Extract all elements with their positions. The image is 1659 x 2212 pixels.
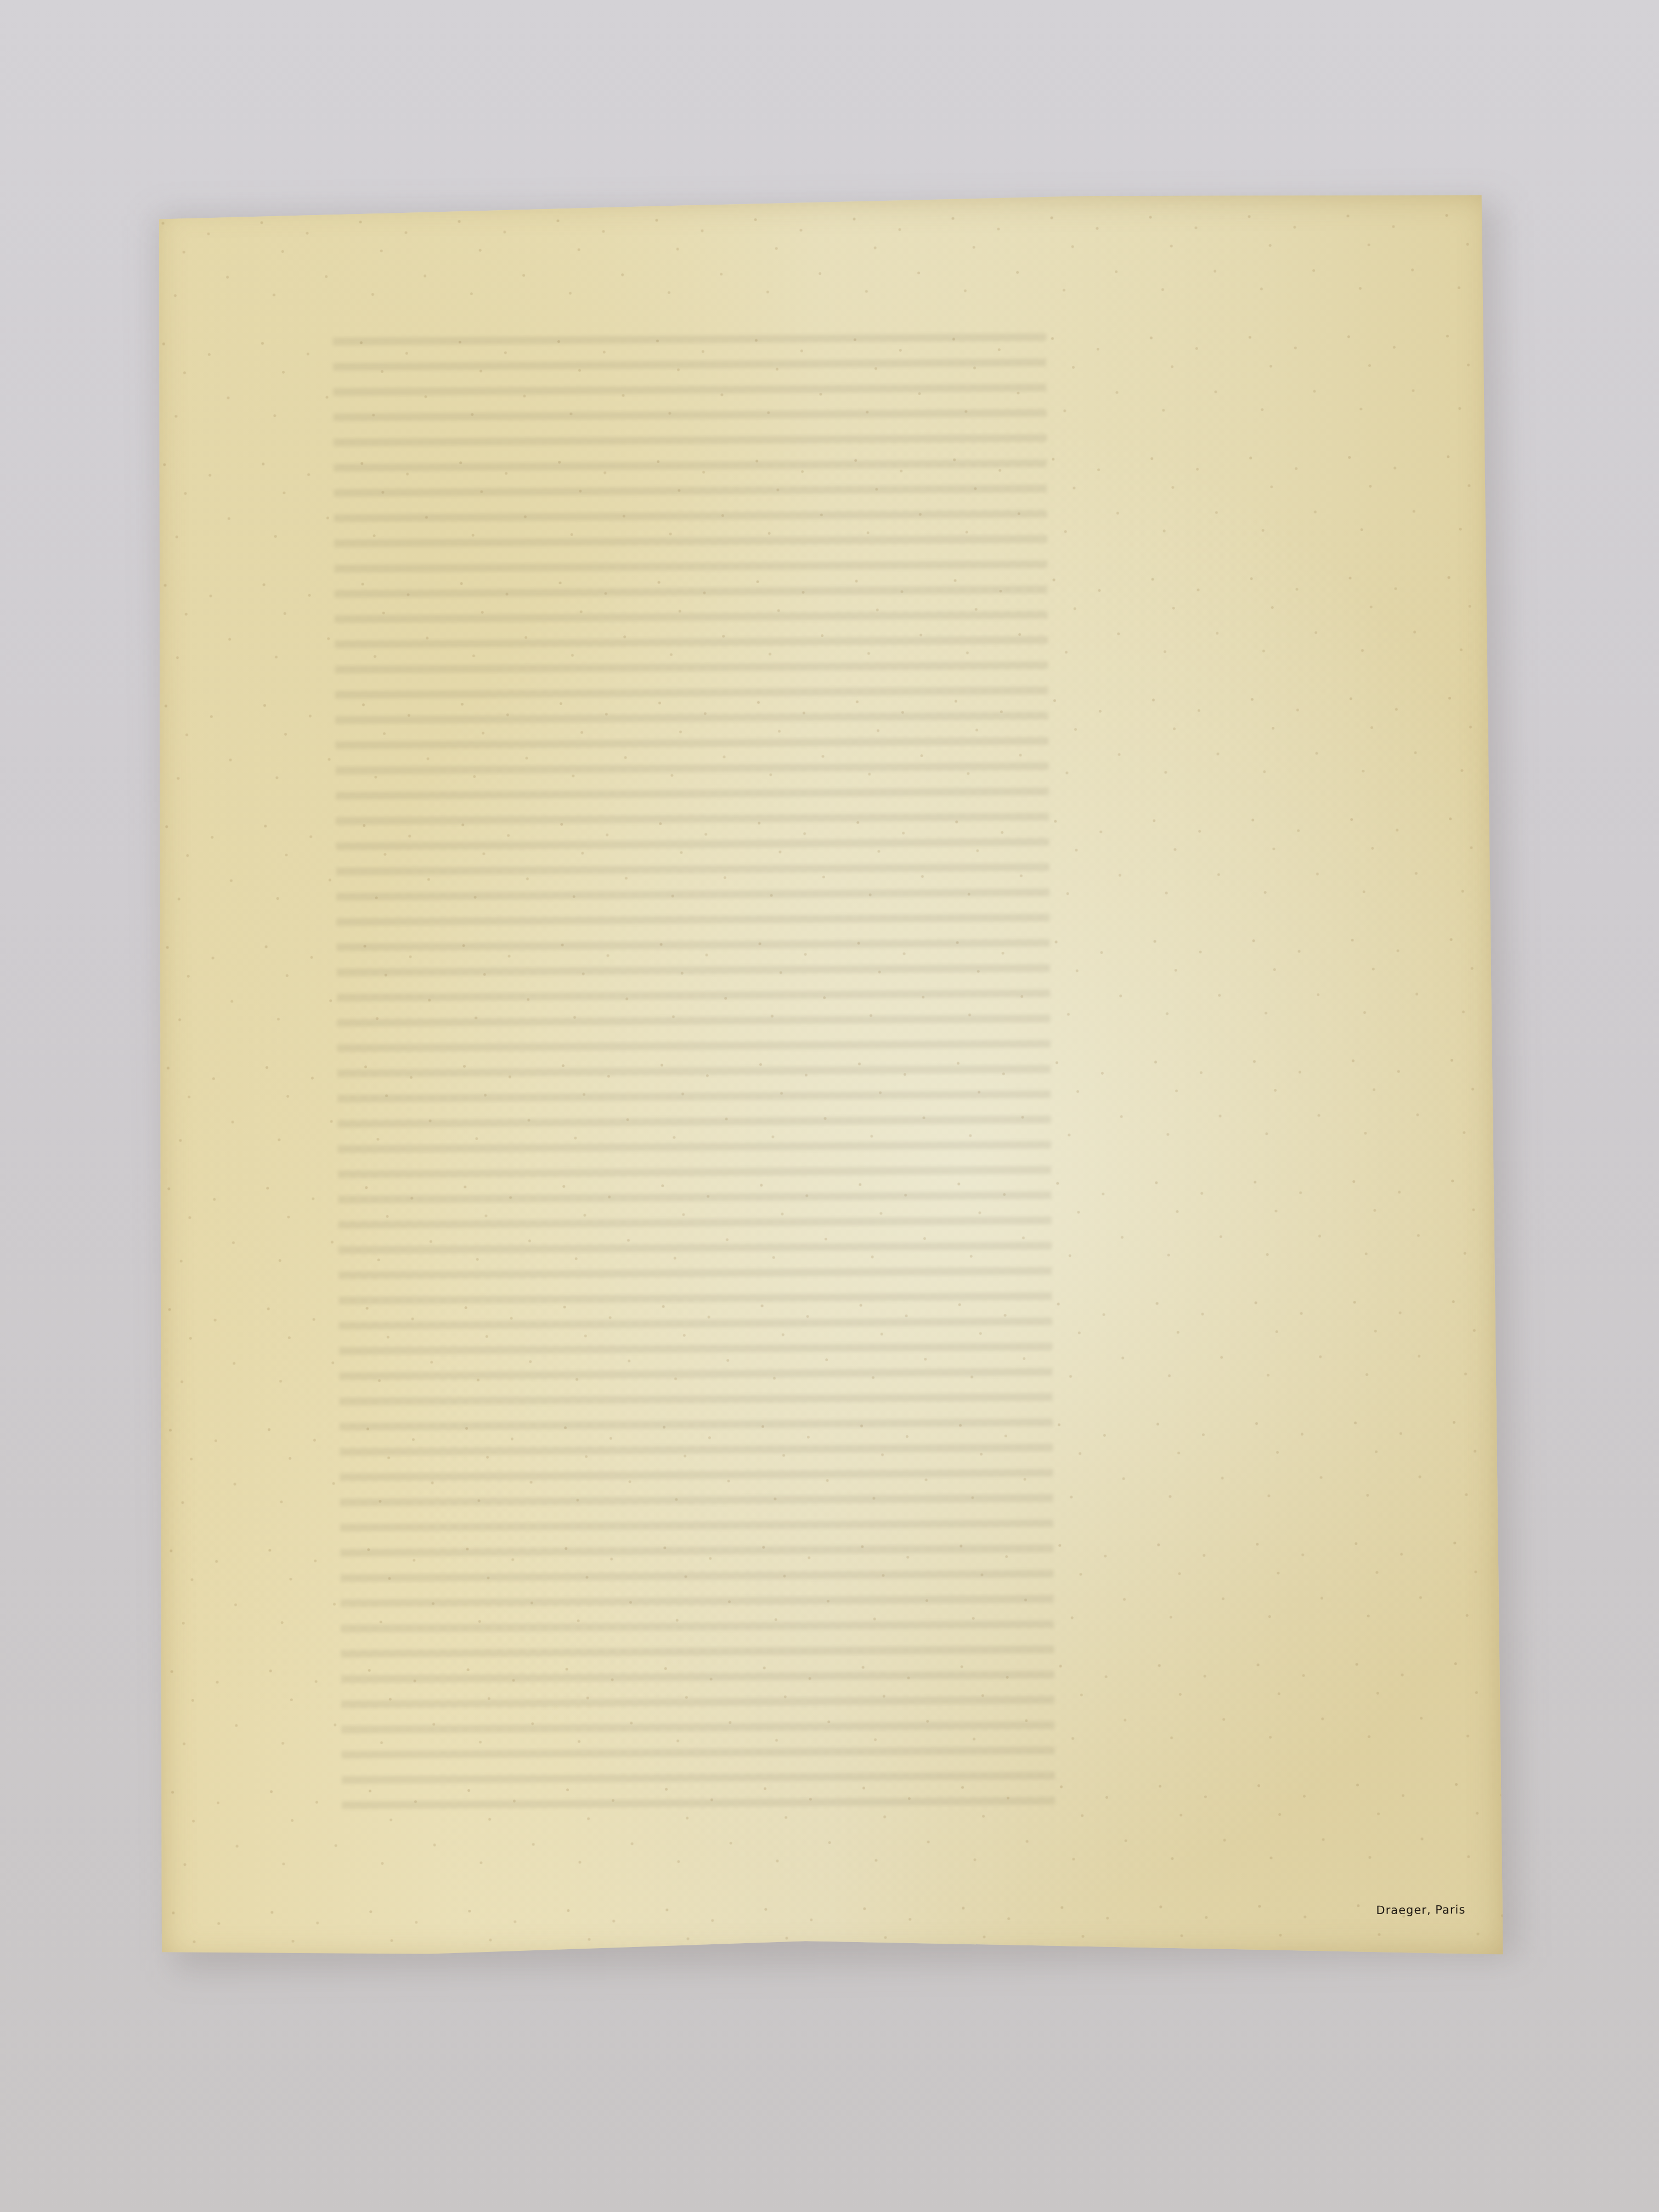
printer-mark: Draeger, Paris bbox=[1376, 1903, 1465, 1917]
booklet-back-cover: Draeger, Paris bbox=[151, 194, 1503, 1963]
show-through-text-region bbox=[333, 334, 1055, 1819]
